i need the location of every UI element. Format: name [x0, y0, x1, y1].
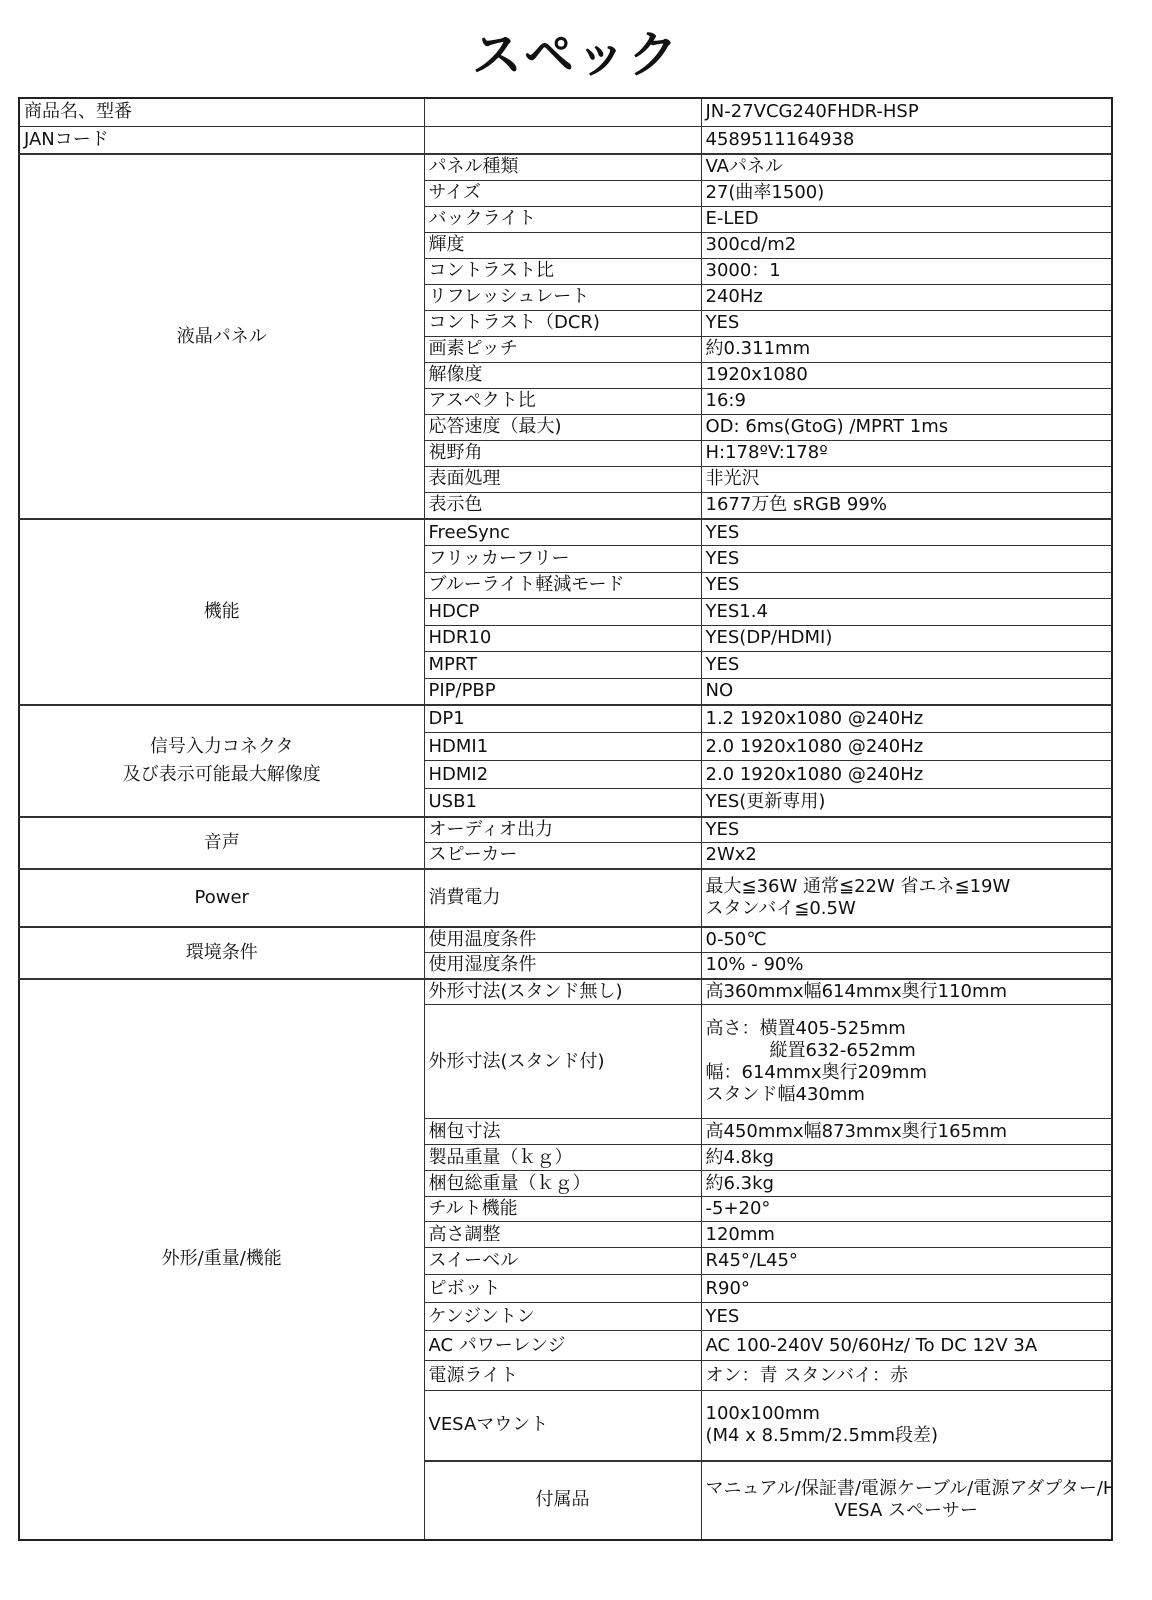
- category-line: 及び表示可能最大解像度: [24, 761, 420, 789]
- value-line: 100x100mm: [706, 1403, 1108, 1425]
- row-value: 16:9: [701, 388, 1112, 414]
- row-value: H:178ºV:178º: [701, 440, 1112, 466]
- row-label: サイズ: [424, 180, 701, 206]
- row-value: 2.0 1920x1080 @240Hz: [701, 761, 1112, 789]
- category-line: 信号入力コネクタ: [24, 733, 420, 761]
- table-row: 機能 FreeSync YES: [19, 519, 1112, 546]
- row-label: 製品重量（ｋｇ）: [424, 1145, 701, 1171]
- page-title: スペック: [0, 20, 1152, 90]
- row-label: 商品名、型番: [19, 98, 424, 126]
- value-line: スタンド幅430mm: [706, 1084, 1108, 1106]
- accessories-value: マニュアル/保証書/電源ケーブル/電源アダプター/HDMI ケーブル/ VESA…: [701, 1461, 1112, 1540]
- row-value: VAパネル: [701, 154, 1112, 180]
- table-row: 信号入力コネクタ 及び表示可能最大解像度 DP1 1.2 1920x1080 @…: [19, 705, 1112, 733]
- row-value: YES: [701, 652, 1112, 679]
- table-row: 商品名、型番 JN-27VCG240FHDR-HSP: [19, 98, 1112, 126]
- row-value: YES: [701, 519, 1112, 546]
- row-label: 輝度: [424, 232, 701, 258]
- row-value: 高450mmx幅873mmx奥行165mm: [701, 1119, 1112, 1145]
- row-value: 2.0 1920x1080 @240Hz: [701, 733, 1112, 761]
- row-label: 消費電力: [424, 869, 701, 927]
- row-label: 表示色: [424, 492, 701, 519]
- row-label: コントラスト（DCR): [424, 310, 701, 336]
- row-label: 表面処理: [424, 466, 701, 492]
- row-label: 外形寸法(スタンド無し): [424, 979, 701, 1005]
- value-line: 幅：614mmx奥行209mm: [706, 1062, 1108, 1084]
- row-label: 電源ライト: [424, 1361, 701, 1391]
- row-label: 解像度: [424, 362, 701, 388]
- row-value: 120mm: [701, 1222, 1112, 1248]
- row-value: 約4.8kg: [701, 1145, 1112, 1171]
- row-value: YES: [701, 1303, 1112, 1331]
- row-label: バックライト: [424, 206, 701, 232]
- row-value: YES: [701, 817, 1112, 843]
- row-label: ブルーライト軽減モード: [424, 572, 701, 599]
- row-label: 使用湿度条件: [424, 953, 701, 979]
- row-label: 梱包寸法: [424, 1119, 701, 1145]
- row-label: USB1: [424, 789, 701, 817]
- row-value: 300cd/m2: [701, 232, 1112, 258]
- value-line: VESA スペーサー: [706, 1500, 1108, 1522]
- row-label: 視野角: [424, 440, 701, 466]
- row-value: 1920x1080: [701, 362, 1112, 388]
- row-value: YES(DP/HDMI): [701, 625, 1112, 652]
- value-line: 縦置632-652mm: [706, 1040, 916, 1062]
- row-value: NO: [701, 678, 1112, 705]
- row-label: HDCP: [424, 599, 701, 626]
- row-label: ケンジントン: [424, 1303, 701, 1331]
- table-row: 外形/重量/機能 外形寸法(スタンド無し) 高360mmx幅614mmx奥行11…: [19, 979, 1112, 1005]
- category-cell: 音声: [19, 817, 424, 869]
- row-value: E-LED: [701, 206, 1112, 232]
- row-label: AC パワーレンジ: [424, 1331, 701, 1361]
- category-cell: 外形/重量/機能: [19, 979, 424, 1540]
- row-value: 高360mmx幅614mmx奥行110mm: [701, 979, 1112, 1005]
- row-label: PIP/PBP: [424, 678, 701, 705]
- row-value: 0-50℃: [701, 927, 1112, 953]
- row-value: 非光沢: [701, 466, 1112, 492]
- row-value: 1.2 1920x1080 @240Hz: [701, 705, 1112, 733]
- row-value: 約6.3kg: [701, 1171, 1112, 1197]
- table-row: 音声 オーディオ出力 YES: [19, 817, 1112, 843]
- row-label: DP1: [424, 705, 701, 733]
- row-value: 約0.311mm: [701, 336, 1112, 362]
- row-value: 240Hz: [701, 284, 1112, 310]
- row-label: VESAマウント: [424, 1391, 701, 1461]
- row-value: オン：青 スタンバイ：赤: [701, 1361, 1112, 1391]
- row-label: HDR10: [424, 625, 701, 652]
- row-value: 27(曲率1500): [701, 180, 1112, 206]
- table-row: 液晶パネル パネル種類 VAパネル: [19, 154, 1112, 180]
- table-row: JANコード 4589511164938: [19, 126, 1112, 154]
- row-value: YES1.4: [701, 599, 1112, 626]
- category-cell: 機能: [19, 519, 424, 705]
- row-value: 10% - 90%: [701, 953, 1112, 979]
- value-line: 最大≦36W 通常≦22W 省エネ≦19W: [706, 876, 1108, 898]
- row-label: MPRT: [424, 652, 701, 679]
- row-label: パネル種類: [424, 154, 701, 180]
- category-cell: Power: [19, 869, 424, 927]
- row-label: スイーベル: [424, 1248, 701, 1275]
- row-value: 100x100mm (M4 x 8.5mm/2.5mm段差): [701, 1391, 1112, 1461]
- table-row: Power 消費電力 最大≦36W 通常≦22W 省エネ≦19W スタンバイ≦0…: [19, 869, 1112, 927]
- value-line: マニュアル/保証書/電源ケーブル/電源アダプター/HDMI ケーブル/: [706, 1478, 1108, 1500]
- category-cell: 液晶パネル: [19, 154, 424, 519]
- row-value: YES(更新専用): [701, 789, 1112, 817]
- row-label: 使用温度条件: [424, 927, 701, 953]
- row-value: YES: [701, 572, 1112, 599]
- row-value: JN-27VCG240FHDR-HSP: [701, 98, 1112, 126]
- row-value: 最大≦36W 通常≦22W 省エネ≦19W スタンバイ≦0.5W: [701, 869, 1112, 927]
- row-label: FreeSync: [424, 519, 701, 546]
- category-cell: 環境条件: [19, 927, 424, 979]
- value-line: (M4 x 8.5mm/2.5mm段差): [706, 1425, 1108, 1447]
- row-value: 1677万色 sRGB 99%: [701, 492, 1112, 519]
- row-label: スピーカー: [424, 843, 701, 869]
- row-label: 外形寸法(スタンド付): [424, 1005, 701, 1119]
- row-value: OD: 6ms(GtoG) /MPRT 1ms: [701, 414, 1112, 440]
- row-label: HDMI2: [424, 761, 701, 789]
- row-label: オーディオ出力: [424, 817, 701, 843]
- row-label: コントラスト比: [424, 258, 701, 284]
- row-label: ピボット: [424, 1275, 701, 1303]
- table-row: 環境条件 使用温度条件 0-50℃: [19, 927, 1112, 953]
- value-line: スタンバイ≦0.5W: [706, 898, 1108, 920]
- spec-table: 商品名、型番 JN-27VCG240FHDR-HSP JANコード 458951…: [18, 97, 1113, 1541]
- row-value: 2Wx2: [701, 843, 1112, 869]
- row-value: 3000：1: [701, 258, 1112, 284]
- row-label: アスペクト比: [424, 388, 701, 414]
- row-label: 応答速度（最大): [424, 414, 701, 440]
- row-label: JANコード: [19, 126, 424, 154]
- category-cell: 付属品: [424, 1461, 701, 1540]
- row-value: R90°: [701, 1275, 1112, 1303]
- value-line: 高さ：横置405-525mm: [706, 1018, 1108, 1040]
- row-value: -5+20°: [701, 1197, 1112, 1222]
- row-value: R45°/L45°: [701, 1248, 1112, 1275]
- row-label: 高さ調整: [424, 1222, 701, 1248]
- row-value: AC 100-240V 50/60Hz/ To DC 12V 3A: [701, 1331, 1112, 1361]
- row-label: フリッカーフリー: [424, 546, 701, 573]
- row-value: YES: [701, 310, 1112, 336]
- row-label: 画素ピッチ: [424, 336, 701, 362]
- row-label: 梱包総重量（ｋｇ）: [424, 1171, 701, 1197]
- row-label: チルト機能: [424, 1197, 701, 1222]
- category-cell: 信号入力コネクタ 及び表示可能最大解像度: [19, 705, 424, 817]
- row-label: HDMI1: [424, 733, 701, 761]
- row-label: リフレッシュレート: [424, 284, 701, 310]
- row-value: 4589511164938: [701, 126, 1112, 154]
- row-value: 高さ：横置405-525mm 縦置632-652mm 幅：614mmx奥行209…: [701, 1005, 1112, 1119]
- row-value: YES: [701, 546, 1112, 573]
